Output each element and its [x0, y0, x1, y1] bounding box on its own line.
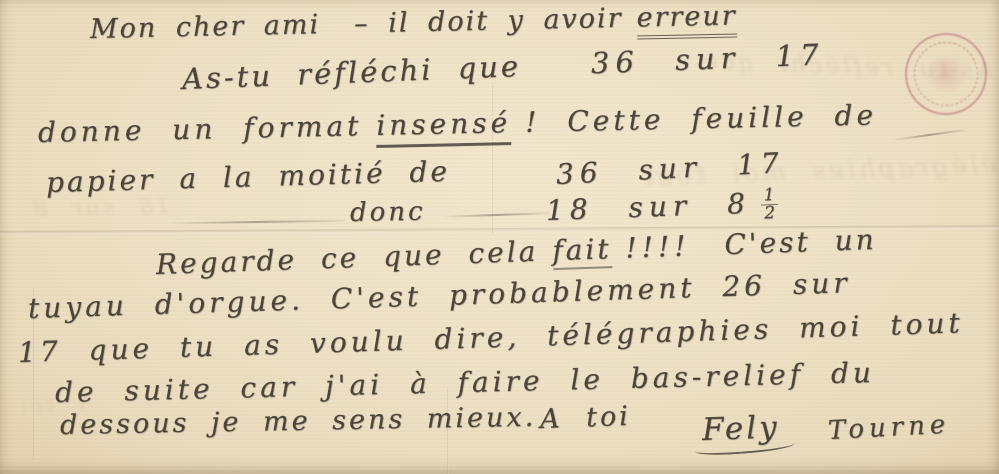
letter-text: donc [350, 197, 426, 228]
letter-text: donne un format [38, 109, 363, 149]
letter-text: Mon cher ami [90, 9, 321, 45]
fraction-one-half: 12 [760, 188, 778, 222]
letter-text: 36 sur 17 [555, 146, 785, 191]
fraction-denominator: 2 [761, 205, 778, 222]
letter-text: As-tu réfléchi que [181, 49, 521, 96]
letter-line: donc [350, 197, 426, 228]
letter-text: Regarde ce que cela [155, 235, 538, 281]
letter-text: A toi [539, 401, 631, 435]
dimension-figure: 36 sur 17 [555, 146, 785, 191]
letter-page: 17 que tu as voulu dire, télégraphies mo… [0, 0, 999, 474]
letter-text: papier a la moitié de [46, 155, 451, 199]
signature: Fely [701, 409, 780, 448]
letter-text: 36 sur 17 [590, 37, 825, 80]
signature-name: Fely [701, 409, 780, 448]
letter-text: ! Cette feuille de [525, 98, 878, 138]
bleed-through-text: 18 sur 8 [30, 195, 170, 222]
letter-line: papier a la moitié de [46, 155, 451, 199]
collection-ink-stamp [896, 24, 995, 123]
underlined-word: insensé [376, 106, 512, 148]
pencil-stroke [893, 129, 965, 141]
dimension-figure: 18 sur 812 [545, 186, 778, 229]
letter-text: Tourne [827, 410, 951, 446]
letter-text: – il doit y avoir [354, 3, 623, 40]
letter-line: dessous je me sens mieux. [60, 402, 537, 441]
letter-text: dessous je me sens mieux. [60, 402, 537, 441]
letter-line: donne un formatinsensé! Cette feuille de [38, 98, 878, 155]
letter-text: C'est un [724, 223, 877, 261]
turn-over-note: Tourne [827, 410, 951, 446]
underlined-word: erreur [636, 0, 737, 39]
exclamation-marks: !!!! [625, 229, 691, 264]
pencil-stroke [168, 220, 346, 224]
underlined-word: fait [552, 232, 612, 270]
pencil-stroke [442, 212, 550, 218]
letter-text: 18 sur 8 [545, 187, 751, 227]
valediction: A toi [539, 401, 631, 435]
